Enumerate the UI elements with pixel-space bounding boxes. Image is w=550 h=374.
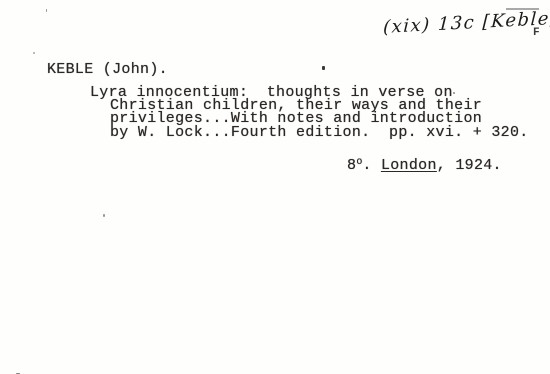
scan-speck <box>46 9 47 12</box>
format-number: 8 <box>347 157 356 174</box>
catalog-card: (xix) 13c [Keble] F KEBLE (John). Lyra i… <box>0 0 550 374</box>
scan-speck <box>322 66 325 70</box>
imprint-line: 8o. London, 1924. <box>347 157 502 174</box>
scan-speck <box>103 214 105 217</box>
scan-speck <box>453 92 455 94</box>
handwritten-shelfmark: (xix) 13c [Keble] <box>383 9 534 38</box>
author-heading: KEBLE (John). <box>47 61 168 78</box>
publication-date: , 1924. <box>437 157 502 174</box>
scan-speck <box>33 52 35 54</box>
filing-letter: F <box>533 27 540 39</box>
title-paragraph: Lyra innocentium: thoughts in verse on C… <box>110 86 529 139</box>
title-line-4: by W. Lock...Fourth edition. pp. xvi. + … <box>110 126 529 139</box>
publication-place: London <box>381 157 437 174</box>
imprint-separator: . <box>362 157 381 174</box>
